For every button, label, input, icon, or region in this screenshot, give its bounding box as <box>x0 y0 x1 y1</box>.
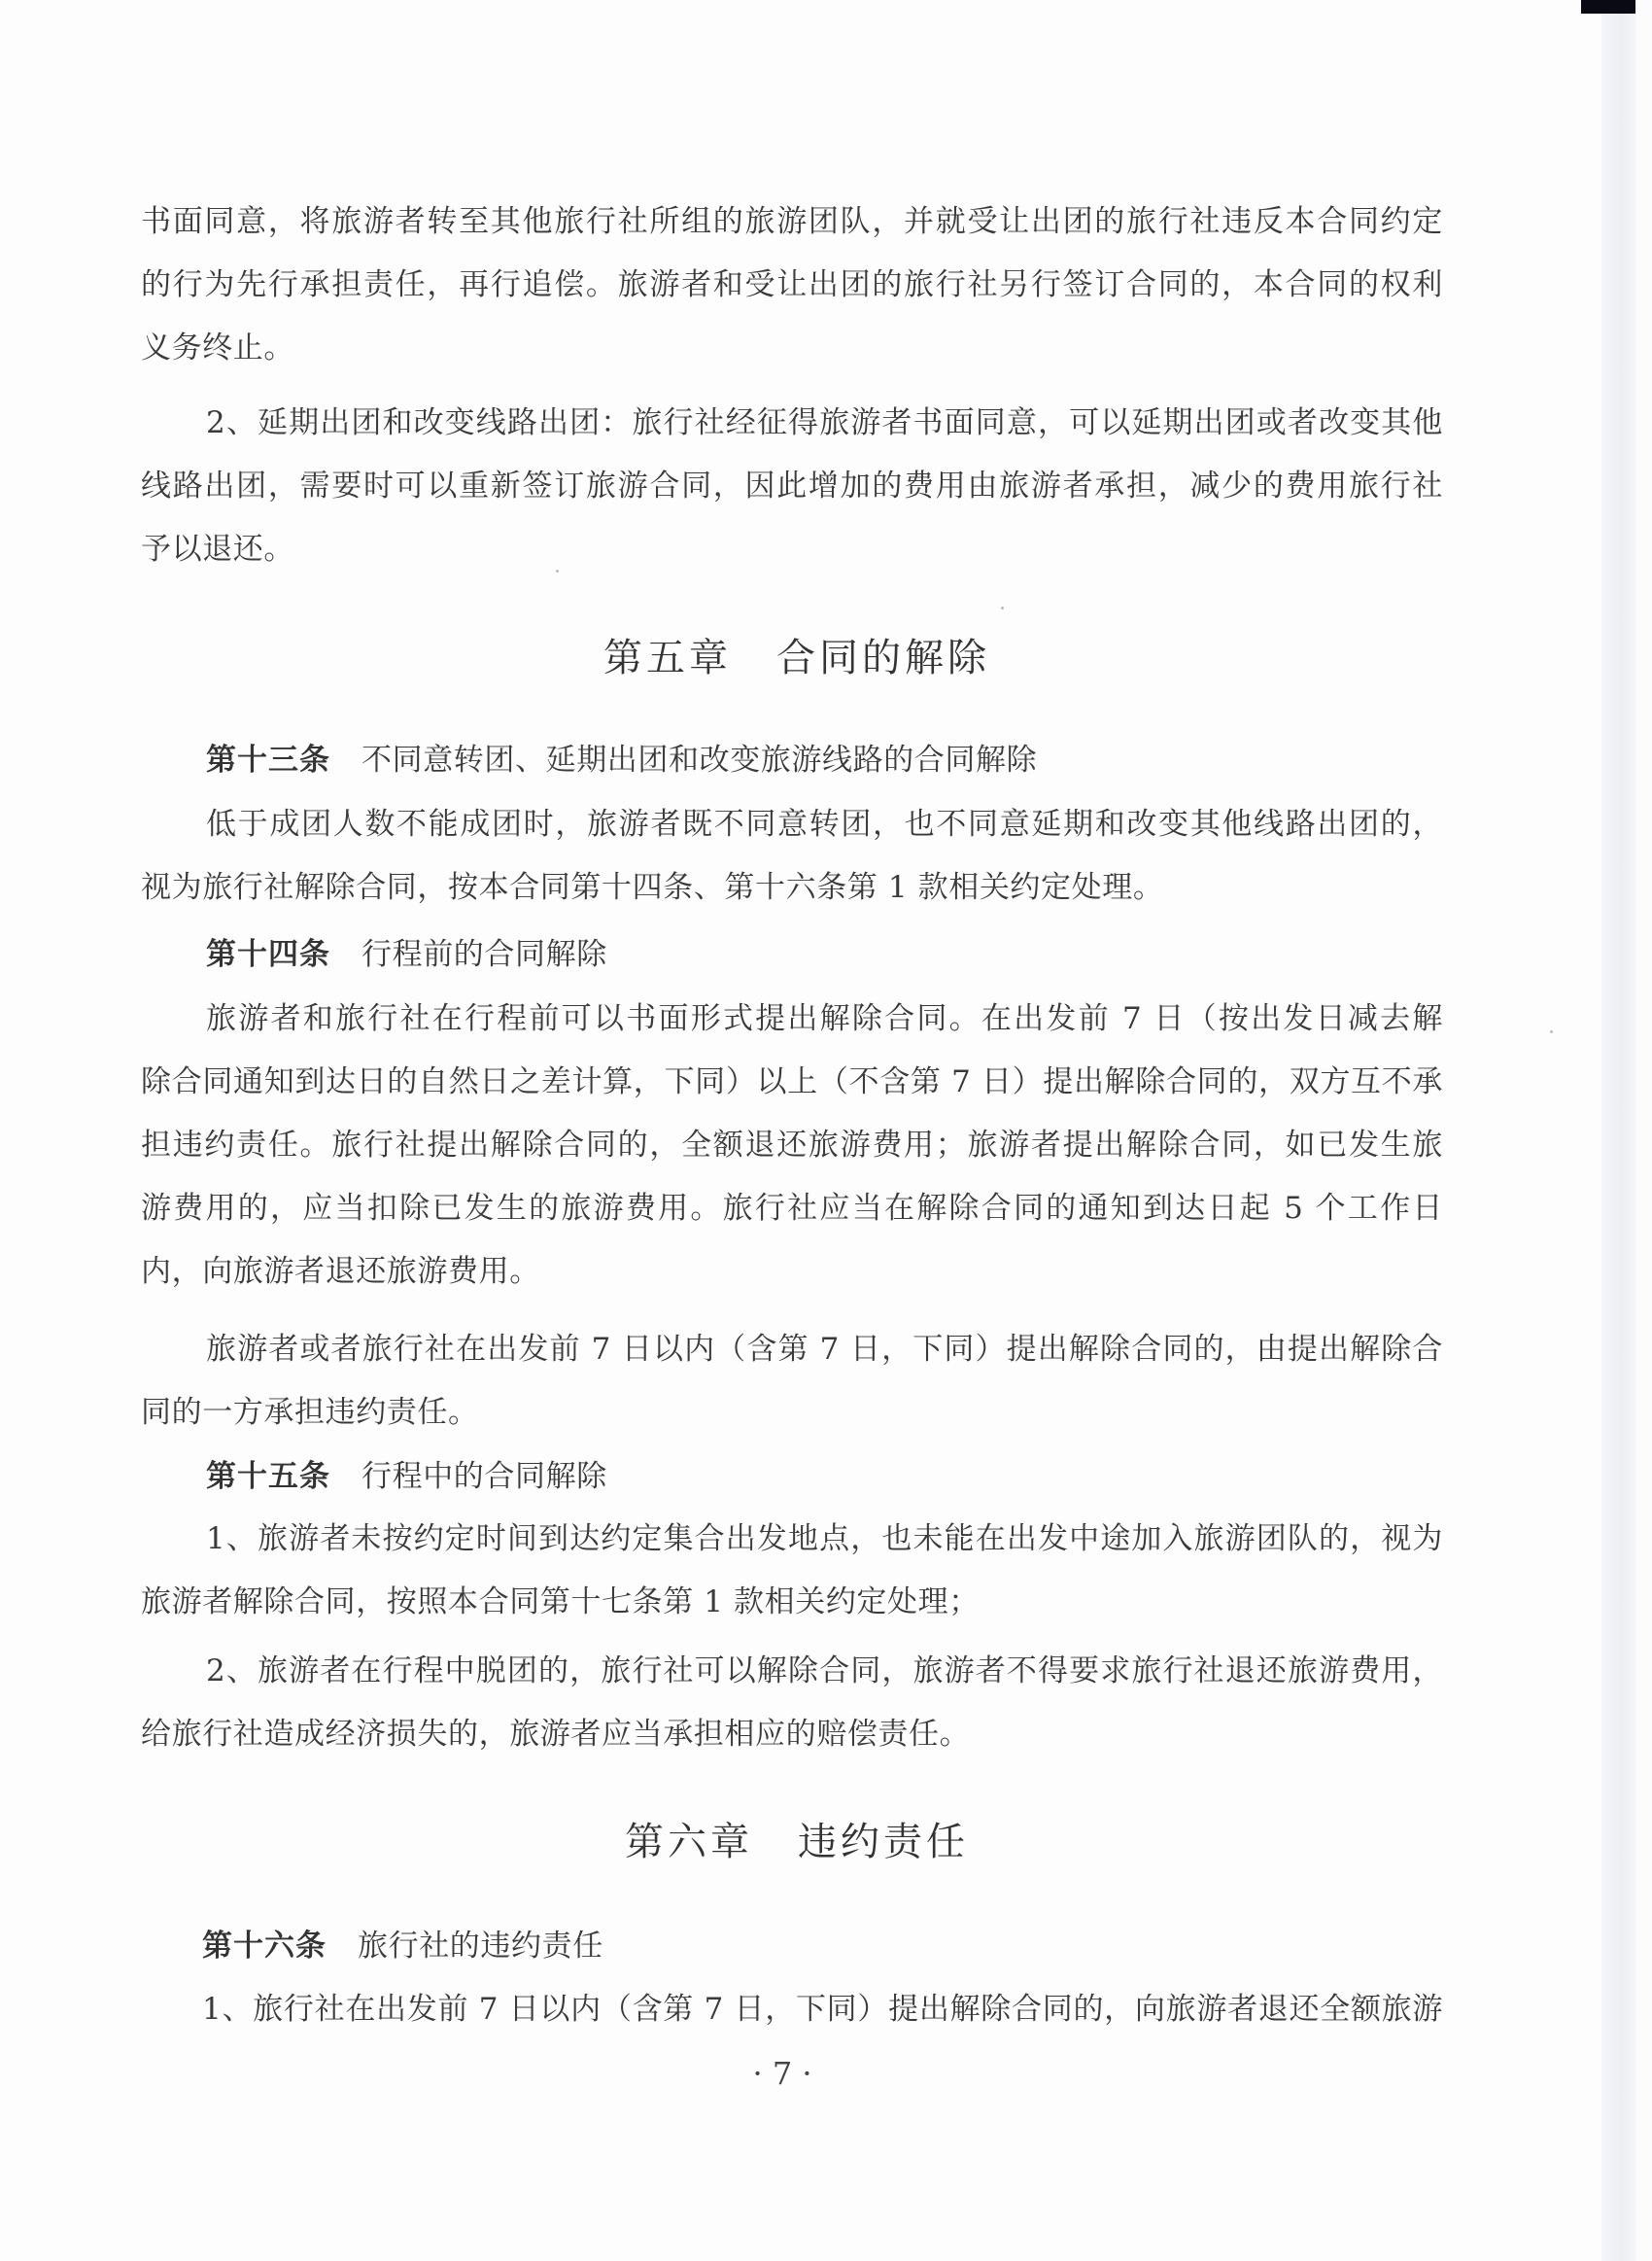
body-line: 1、旅行社在出发前 7 日以内（含第 7 日，下同）提出解除合同的，向旅游者退还… <box>202 1990 1443 2029</box>
body-line: 给旅行社造成经济损失的，旅游者应当承担相应的赔偿责任。 <box>141 1715 1443 1754</box>
scan-speck <box>1001 607 1004 609</box>
body-line: 书面同意，将旅游者转至其他旅行社所组的旅游团队，并就受让出团的旅行社违反本合同约… <box>141 202 1443 241</box>
article-heading: 第十五条行程中的合同解除 <box>206 1457 607 1496</box>
scan-paper-edge <box>1601 0 1636 2261</box>
article-title: 行程中的合同解除 <box>361 1459 607 1494</box>
body-line: 同的一方承担违约责任。 <box>141 1393 1443 1432</box>
scan-margin <box>1636 0 1652 2261</box>
body-line: 旅游者或者旅行社在出发前 7 日以内（含第 7 日，下同）提出解除合同的，由提出… <box>206 1330 1443 1369</box>
chapter-name: 违约责任 <box>798 1820 969 1864</box>
body-line: 旅游者和旅行社在行程前可以书面形式提出解除合同。在出发前 7 日（按出发日减去解 <box>206 999 1443 1038</box>
body-line: 游费用的，应当扣除已发生的旅游费用。旅行社应当在解除合同的通知到达日起 5 个工… <box>141 1189 1443 1228</box>
body-line: 2、延期出团和改变线路出团：旅行社经征得旅游者书面同意，可以延期出团或者改变其他 <box>206 403 1443 442</box>
scan-artifact <box>1581 0 1635 14</box>
body-line: 2、旅游者在行程中脱团的，旅行社可以解除合同，旅游者不得要求旅行社退还旅游费用， <box>206 1652 1443 1690</box>
article-title: 行程前的合同解除 <box>361 937 607 972</box>
page-number: · 7 · <box>0 2054 1565 2093</box>
article-number: 第十五条 <box>206 1459 330 1494</box>
body-line: 低于成团人数不能成团时，旅游者既不同意转团，也不同意延期和改变其他线路出团的， <box>206 805 1443 844</box>
body-line: 内，向旅游者退还旅游费用。 <box>141 1252 1443 1291</box>
article-title: 旅行社的违约责任 <box>358 1929 603 1964</box>
body-line: 视为旅行社解除合同，按本合同第十四条、第十六条第 1 款相关约定处理。 <box>141 868 1443 907</box>
article-heading: 第十六条旅行社的违约责任 <box>202 1927 603 1965</box>
chapter-title: 第五章合同的解除 <box>0 634 1594 682</box>
body-line: 的行为先行承担责任，再行追偿。旅游者和受让出团的旅行社另行签订合同的，本合同的权… <box>141 265 1443 304</box>
article-heading: 第十四条行程前的合同解除 <box>206 935 607 974</box>
chapter-name: 合同的解除 <box>776 636 990 680</box>
article-number: 第十三条 <box>206 743 330 778</box>
body-line: 予以退还。 <box>141 530 1443 569</box>
body-line: 担违约责任。旅行社提出解除合同的，全额退还旅游费用；旅游者提出解除合同，如已发生… <box>141 1126 1443 1165</box>
chapter-number: 第五章 <box>603 636 732 680</box>
article-number: 第十四条 <box>206 937 330 972</box>
article-heading: 第十三条不同意转团、延期出团和改变旅游线路的合同解除 <box>206 741 1037 780</box>
article-title: 不同意转团、延期出团和改变旅游线路的合同解除 <box>361 743 1037 778</box>
body-line: 线路出团，需要时可以重新签订旅游合同，因此增加的费用由旅游者承担，减少的费用旅行… <box>141 467 1443 505</box>
article-number: 第十六条 <box>202 1929 327 1964</box>
scan-speck <box>556 570 559 573</box>
body-line: 1、旅游者未按约定时间到达约定集合出发地点，也未能在出发中途加入旅游团队的，视为 <box>206 1519 1443 1558</box>
chapter-title: 第六章违约责任 <box>0 1818 1594 1866</box>
body-line: 除合同通知到达日的自然日之差计算，下同）以上（不含第 7 日）提出解除合同的，双… <box>141 1062 1443 1101</box>
body-line: 义务终止。 <box>141 329 1443 367</box>
body-line: 旅游者解除合同，按照本合同第十七条第 1 款相关约定处理； <box>141 1583 1443 1621</box>
scan-speck <box>1550 1030 1553 1033</box>
chapter-number: 第六章 <box>625 1820 753 1864</box>
